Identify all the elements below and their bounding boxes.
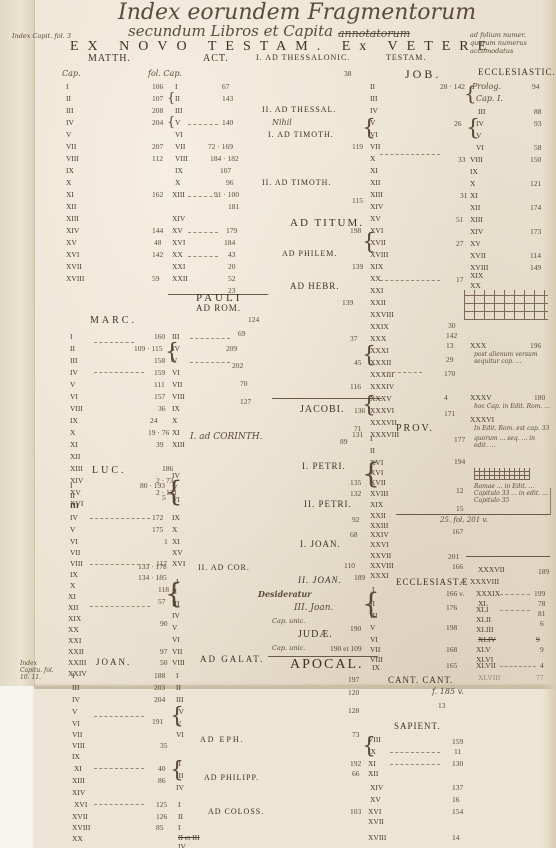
sapient-left-fol: 192 (350, 760, 361, 768)
marc-fol: 24 (150, 417, 158, 425)
luc-cap: V (70, 526, 75, 534)
leader-line (390, 752, 440, 754)
leader-line (188, 196, 218, 198)
luc-cap: XXIII (68, 659, 86, 667)
sapient-cap: XVI (368, 808, 381, 816)
leader-line (90, 518, 150, 520)
matth-cap: XII (66, 203, 76, 211)
brace-icon: { (362, 345, 376, 367)
eccl-cap: XXXVI (470, 416, 494, 424)
marc-cap: XIII (70, 465, 83, 473)
luc-act: IV (172, 612, 180, 620)
col-ecclesiastic: ECCLESIASTIC. (478, 68, 556, 77)
ii-ad-cor: II. AD COR. (198, 564, 250, 572)
ecclesiastae-fol: 120 (348, 689, 359, 697)
eccl-fol: 180 (534, 394, 545, 402)
matth-act-cap: X (175, 179, 180, 187)
eccl-cap: VIII (470, 156, 483, 164)
act-fol: 20 (228, 263, 236, 271)
eccl-cap: XXXVII (478, 566, 505, 574)
joan-cap: VIII (72, 742, 85, 750)
eccl-left: 4 (444, 394, 448, 402)
prov-cap: XXVII (370, 552, 391, 560)
eccl-fol: 121 (530, 180, 541, 188)
matth-cap: V (66, 131, 71, 139)
ecclesiastae-fol: 128 (348, 707, 359, 715)
i-tim: I. AD TIMOTH. (268, 131, 334, 139)
eccl-cap: VI (476, 144, 484, 152)
brace-icon: { (165, 580, 183, 608)
marc-cap: I (70, 333, 73, 341)
joan-fol: 126 (156, 813, 167, 821)
eccl-cap: XII (470, 204, 480, 212)
eccl-fol: 58 (534, 144, 542, 152)
eccl-left: 29 (446, 356, 454, 364)
matth-act-cap: II (175, 95, 180, 103)
luc-act: VIII (172, 659, 185, 667)
joan-act: I (178, 824, 181, 832)
luc-fol: 80 · 193 (140, 482, 165, 490)
job-cap: VII (370, 143, 380, 151)
act-fol: 67 (222, 83, 230, 91)
eccl-fol: 81 (538, 610, 546, 618)
eccl-cap: XLIII (476, 626, 494, 634)
eccl-left: 171 (444, 410, 455, 418)
joan-fol: 188 (154, 672, 165, 680)
brace-icon: { (464, 83, 477, 103)
job-fol: 198 (350, 227, 361, 235)
luc-fol: 134 · 185 (138, 574, 167, 582)
sapient-fol: 11 (454, 748, 461, 756)
eccl-cap: XXX (470, 342, 486, 350)
luc-cap: IV (70, 514, 78, 522)
rom-fol: 202 (232, 362, 243, 370)
brace-icon: { (362, 395, 376, 417)
rom-fol: 127 (240, 398, 251, 406)
act-fol: 96 (226, 179, 234, 187)
luc-cap: IX (70, 571, 78, 579)
luc-act: XI (172, 538, 180, 546)
brace-icon: { (362, 736, 376, 758)
struck-word: annotatorum (338, 28, 410, 39)
eccl-cap: IX (470, 168, 478, 176)
matth-act-cap: XIII (172, 191, 185, 199)
luc-fol: 90 (160, 620, 168, 628)
matth-act-cap: IX (175, 167, 183, 175)
joan-act: IV (176, 784, 184, 792)
matth-cap: XVI (66, 251, 79, 259)
leader-line (94, 804, 144, 806)
act-fol: 179 (226, 227, 237, 235)
sapient-cap: XV (370, 796, 381, 804)
rom-fol: 70 (240, 380, 248, 388)
eccl-cap: XX (470, 282, 481, 290)
luc-cap: I (70, 482, 73, 490)
eccl-fol: 9 (536, 636, 540, 644)
luc-cap: XX (68, 626, 79, 634)
joan-act: I (178, 801, 181, 809)
right-margin-note: ad folium numer. quorum numerus accomoda… (470, 32, 550, 55)
leader-line (380, 154, 440, 156)
prov-fol: 189 (354, 574, 365, 582)
eccl-fol: 6 (540, 620, 544, 628)
luc-act: X (172, 526, 177, 534)
matth-cap: VIII (66, 155, 79, 163)
joan-cap: IX (72, 753, 80, 761)
job-cap: XXII (370, 299, 386, 307)
matth-cap: III (66, 107, 74, 115)
luc-cap: XXII (68, 648, 84, 656)
marc-fol: 158 (154, 357, 165, 365)
matth-fol: 207 (152, 143, 163, 151)
note-box (468, 488, 551, 515)
act-fol: 43 (228, 251, 236, 259)
prov-cap: XXVI (370, 541, 389, 549)
col-matth: MATTH. (88, 54, 131, 64)
left-margin-note: Index Capit. fol. 3 (12, 33, 71, 40)
ecclesiastae-cap: VI (370, 636, 378, 644)
prov-fol: 132 (350, 490, 361, 498)
joan-fol: 85 (156, 824, 164, 832)
matth-cap: XVII (66, 263, 82, 271)
matth-fol: 204 (152, 119, 163, 127)
luc-cap: XII (68, 604, 78, 612)
sapient-fol: 16 (452, 796, 460, 804)
sapient-left-fol: 73 (352, 731, 360, 739)
eccl-cap: XVII (470, 252, 486, 260)
prov-cap: XXII (370, 512, 386, 520)
brace-icon: { (165, 342, 179, 364)
brace-icon: { (170, 706, 184, 728)
joan-cap: XIV (72, 789, 85, 797)
eccl-fol: 174 (530, 204, 541, 212)
marc-fol: 157 (154, 393, 165, 401)
joan-cap: XVIII (72, 824, 90, 832)
sapient-cap: XII (368, 770, 378, 778)
note-xxxv: hoc Cap. in Edit. Rom. ... (474, 404, 550, 410)
joan-fol: 204 (154, 696, 165, 704)
judae: JUDÆ. (298, 630, 333, 640)
eccl-fol: 78 (538, 600, 546, 608)
job-cap: XIV (370, 203, 383, 211)
judae-fol: 190 et 109 (330, 645, 362, 653)
marc-act: XI (172, 429, 180, 437)
eccl-cap: XXXVIII (470, 578, 499, 586)
marc-act: XIII (172, 441, 185, 449)
brace-icon: { (466, 118, 480, 140)
lower-attached-sheet (34, 686, 556, 848)
eccl-fol: 9 (540, 646, 544, 654)
joan-cap: XI (74, 765, 82, 773)
ad-eph: AD EPH. (200, 736, 245, 744)
luc-cap: XXI (68, 637, 81, 645)
luc-cap: XI (68, 593, 76, 601)
ecclesiastae-title: ECCLESIASTÆ (396, 578, 469, 587)
matth-act-cap: XX (172, 251, 183, 259)
matth-act-cap: I (175, 83, 178, 91)
brace-icon: { (362, 118, 376, 140)
eccl-fol: 199 (534, 590, 545, 598)
matth-act-cap: VII (175, 143, 185, 151)
matth-act-cap: XIV (172, 215, 185, 223)
luc-cap: XXIV (68, 670, 87, 678)
rom-fol: 124 (248, 316, 259, 324)
job-cap: XXVIII (370, 311, 394, 319)
sapient-cap: XI (368, 760, 376, 768)
matth-fol: 144 (152, 227, 163, 235)
marc-fol: 160 (154, 333, 165, 341)
paper-fold (34, 686, 556, 689)
matth-fol: 107 (152, 95, 163, 103)
desideratur: Desideratur (258, 590, 311, 598)
eccl-left: 201 (448, 553, 459, 561)
job-cap: II (370, 83, 375, 91)
joan-cap: XIII (72, 777, 85, 785)
matth-act-cap: XXII (172, 275, 188, 283)
testament-line: EX NOVO TESTAM. Ex VETERE (70, 40, 495, 54)
job-cap: XII (370, 179, 380, 187)
prov-fol: 89 (340, 438, 348, 446)
rom-fol: 209 (226, 345, 237, 353)
leader-line (500, 666, 536, 668)
joan-act: II et III (178, 834, 200, 842)
matth-act-cap: VI (175, 131, 183, 139)
ad-philem: AD PHILEM. (282, 250, 337, 258)
eccl-left: 27 (456, 240, 464, 248)
matth-fol: 112 (152, 155, 163, 163)
leader-line (90, 606, 150, 608)
prov-cap: II (370, 447, 375, 455)
matth-fol: 208 (152, 107, 163, 115)
eccl-fol: 114 (530, 252, 541, 260)
cant-fol-2: 13 (438, 702, 446, 710)
cap-unic: Cap. unic. (272, 618, 305, 625)
prov-cap: XXXI (370, 572, 389, 580)
ecclesiastae-fol: 190 (350, 625, 361, 633)
job-cap: III (370, 95, 378, 103)
matth-act-cap: XVI (172, 239, 185, 247)
page-margin (0, 686, 34, 848)
luc-act: VI (172, 636, 180, 644)
eccl-cap: XI (470, 192, 478, 200)
page-title: Index eorundem Fragmentorum (118, 2, 476, 24)
job-cap: XXXIV (370, 383, 394, 391)
leader-line (500, 594, 530, 596)
matth-fol: 162 (152, 191, 163, 199)
joan-cap: III (72, 684, 80, 692)
col-job: JOB. (405, 68, 441, 80)
act-fol: 107 (220, 167, 231, 175)
eccl-left: 26 (454, 120, 462, 128)
matth-cap: II (66, 95, 71, 103)
luc-fol: 50 (160, 659, 168, 667)
luc-cap: VIII (70, 560, 83, 568)
leader-line (380, 280, 440, 282)
eccl-cap: Cap. I. (476, 95, 503, 103)
prov-title: PROV. (396, 424, 434, 434)
leader-line (188, 124, 218, 126)
sapient-title: SAPIENT. (394, 722, 441, 731)
marc-fol: 36 (158, 405, 166, 413)
marc-fol: 39 (156, 441, 164, 449)
joan-cap: XX (72, 835, 83, 843)
matth-cap: X (66, 179, 71, 187)
luc-act: VII (172, 648, 182, 656)
marc-cap: VI (70, 393, 78, 401)
ecclesiastae-cap: IX (372, 664, 380, 672)
eccl-cap: XLVIII (478, 674, 500, 682)
job-fol: 119 (352, 143, 363, 151)
luc-act: IX (172, 514, 180, 522)
eccl-cap: XXXIX (476, 590, 500, 598)
sapient-left-fol: 66 (352, 770, 360, 778)
marc-cap: X (70, 429, 75, 437)
eccl-left: 170 (444, 370, 455, 378)
eccl-left: 30 (448, 322, 456, 330)
col-thess: I. AD THESSALONIC. (256, 54, 350, 62)
note-xxxvi: In Edit. Rom. est cap. 33 (474, 426, 549, 432)
eccl-cap: XIV (470, 228, 483, 236)
crossed-out-grid (464, 290, 548, 320)
eccl-left: 194 (454, 458, 465, 466)
matth-cap: XI (66, 191, 74, 199)
luc-cap: III (70, 502, 79, 510)
prov-cap: XXVIII (370, 562, 394, 570)
joan-fol: 191 (152, 718, 163, 726)
eccl-fol: 149 (530, 264, 541, 272)
marc-cap: II (70, 345, 75, 353)
prov-cap: I (370, 435, 373, 443)
act-fol: 140 (222, 119, 233, 127)
eccl-cap: XIX (470, 272, 483, 280)
job-cap: XI (370, 167, 378, 175)
eccl-left: 177 (454, 436, 465, 444)
joan-act: III (176, 696, 184, 704)
joan-cap: XVII (72, 813, 88, 821)
joan-cap: XVI (74, 801, 87, 809)
marc-act: IX (172, 405, 180, 413)
job-cap: XXXVII (370, 419, 397, 427)
brace-icon: { (362, 460, 380, 488)
eccl-fol: 4 (540, 662, 544, 670)
matth-fol: 106 (152, 83, 163, 91)
ad-rom-title: AD ROM. (196, 304, 241, 313)
ecclesiastae-fol: 197 (348, 676, 359, 684)
job-fol: 115 (352, 197, 363, 205)
brace-icon: { (165, 478, 183, 506)
marc-fol: 111 (154, 381, 165, 389)
job-fol: 37 (350, 335, 358, 343)
cant-fol: f. 185 v. (432, 688, 464, 696)
eccl-left: 198 (446, 624, 457, 632)
luc-cap: II (70, 492, 75, 500)
leader-line (190, 362, 230, 364)
matth-act-cap: VIII (175, 155, 188, 163)
eccl-left: 28 · 142 (440, 83, 465, 91)
marc-fol: 159 (154, 369, 165, 377)
joan-act: II (176, 684, 181, 692)
matth-cap: XIV (66, 227, 79, 235)
eccl-cap: XLV (476, 646, 491, 654)
i-petri: I. PETRI. (302, 462, 346, 471)
job-cap: XXX (370, 335, 386, 343)
leader-line (188, 232, 218, 234)
joan-fol: 203 (154, 684, 165, 692)
eccl-left: 166 v. (446, 590, 464, 598)
joan-act: II (178, 813, 183, 821)
sapient-fol: 130 (452, 760, 463, 768)
eccl-cap: XIII (470, 216, 483, 224)
marc-cap: XI (70, 441, 78, 449)
joan-act: I (176, 672, 179, 680)
prov-cap: XIX (370, 501, 383, 509)
luc-fol: 172 (152, 514, 163, 522)
matth-cap: XIII (66, 215, 79, 223)
job-cap: X (370, 155, 375, 163)
luc-title: LUC. (92, 466, 127, 476)
matth-cap: I (66, 83, 69, 91)
joan-act: VI (176, 731, 184, 739)
sapient-cap: XIV (370, 784, 383, 792)
torn-edge (542, 0, 556, 848)
eccl-left: 51 (456, 216, 464, 224)
marc-cap: VIII (70, 405, 83, 413)
eccl-left: 13 (446, 342, 454, 350)
luc-cap: X (70, 582, 75, 590)
fol-cap-header: fol. Cap. (148, 70, 182, 78)
job-fol: 116 (350, 383, 361, 391)
eccl-left: 165 (446, 662, 457, 670)
job-cap: XIX (370, 263, 383, 271)
eccl-cap: XXXV (470, 394, 492, 402)
leader-line (94, 342, 134, 344)
leader-line (500, 610, 530, 612)
prov-cap: XVIII (370, 490, 388, 498)
matth-cap: IV (66, 119, 74, 127)
eccl-cap: XLVII (476, 662, 496, 670)
jacobi: JACOBI. (300, 405, 345, 415)
eccl-fol: 94 (532, 83, 540, 91)
matth-act-cap: XV (172, 227, 183, 235)
act-fol: 72 · 169 (208, 143, 233, 151)
prov-fol: 110 (344, 562, 355, 570)
matth-cap: XV (66, 239, 77, 247)
nihil: Nihil (272, 119, 292, 127)
ecclesiastae-cap: VII (370, 646, 380, 654)
joan-cap: V (72, 708, 77, 716)
eccl-cap: XV (470, 240, 481, 248)
leader-line (90, 564, 150, 566)
marc-cap: V (70, 381, 75, 389)
eccl-left: 15 (456, 505, 464, 513)
ad-hebr: AD HEBR. (290, 282, 340, 291)
marc-act: VII (172, 381, 182, 389)
sapient-cap: XVII (368, 818, 384, 826)
prov-fol: 92 (352, 516, 360, 524)
job-cap: XV (370, 215, 381, 223)
eccl-left: 142 (446, 332, 457, 340)
ad-coloss: AD COLOSS. (208, 808, 264, 816)
job-fol: 139 (352, 263, 363, 271)
eccl-left: 168 (446, 646, 457, 654)
section-rule (396, 514, 550, 515)
matth-cap: IX (66, 167, 74, 175)
rom-fol: 69 (238, 330, 246, 338)
sapient-fol: 154 (452, 808, 463, 816)
marc-cap: III (70, 357, 78, 365)
eccl-fol: 88 (534, 108, 542, 116)
cant-title: CANT. CANT. (388, 676, 453, 685)
